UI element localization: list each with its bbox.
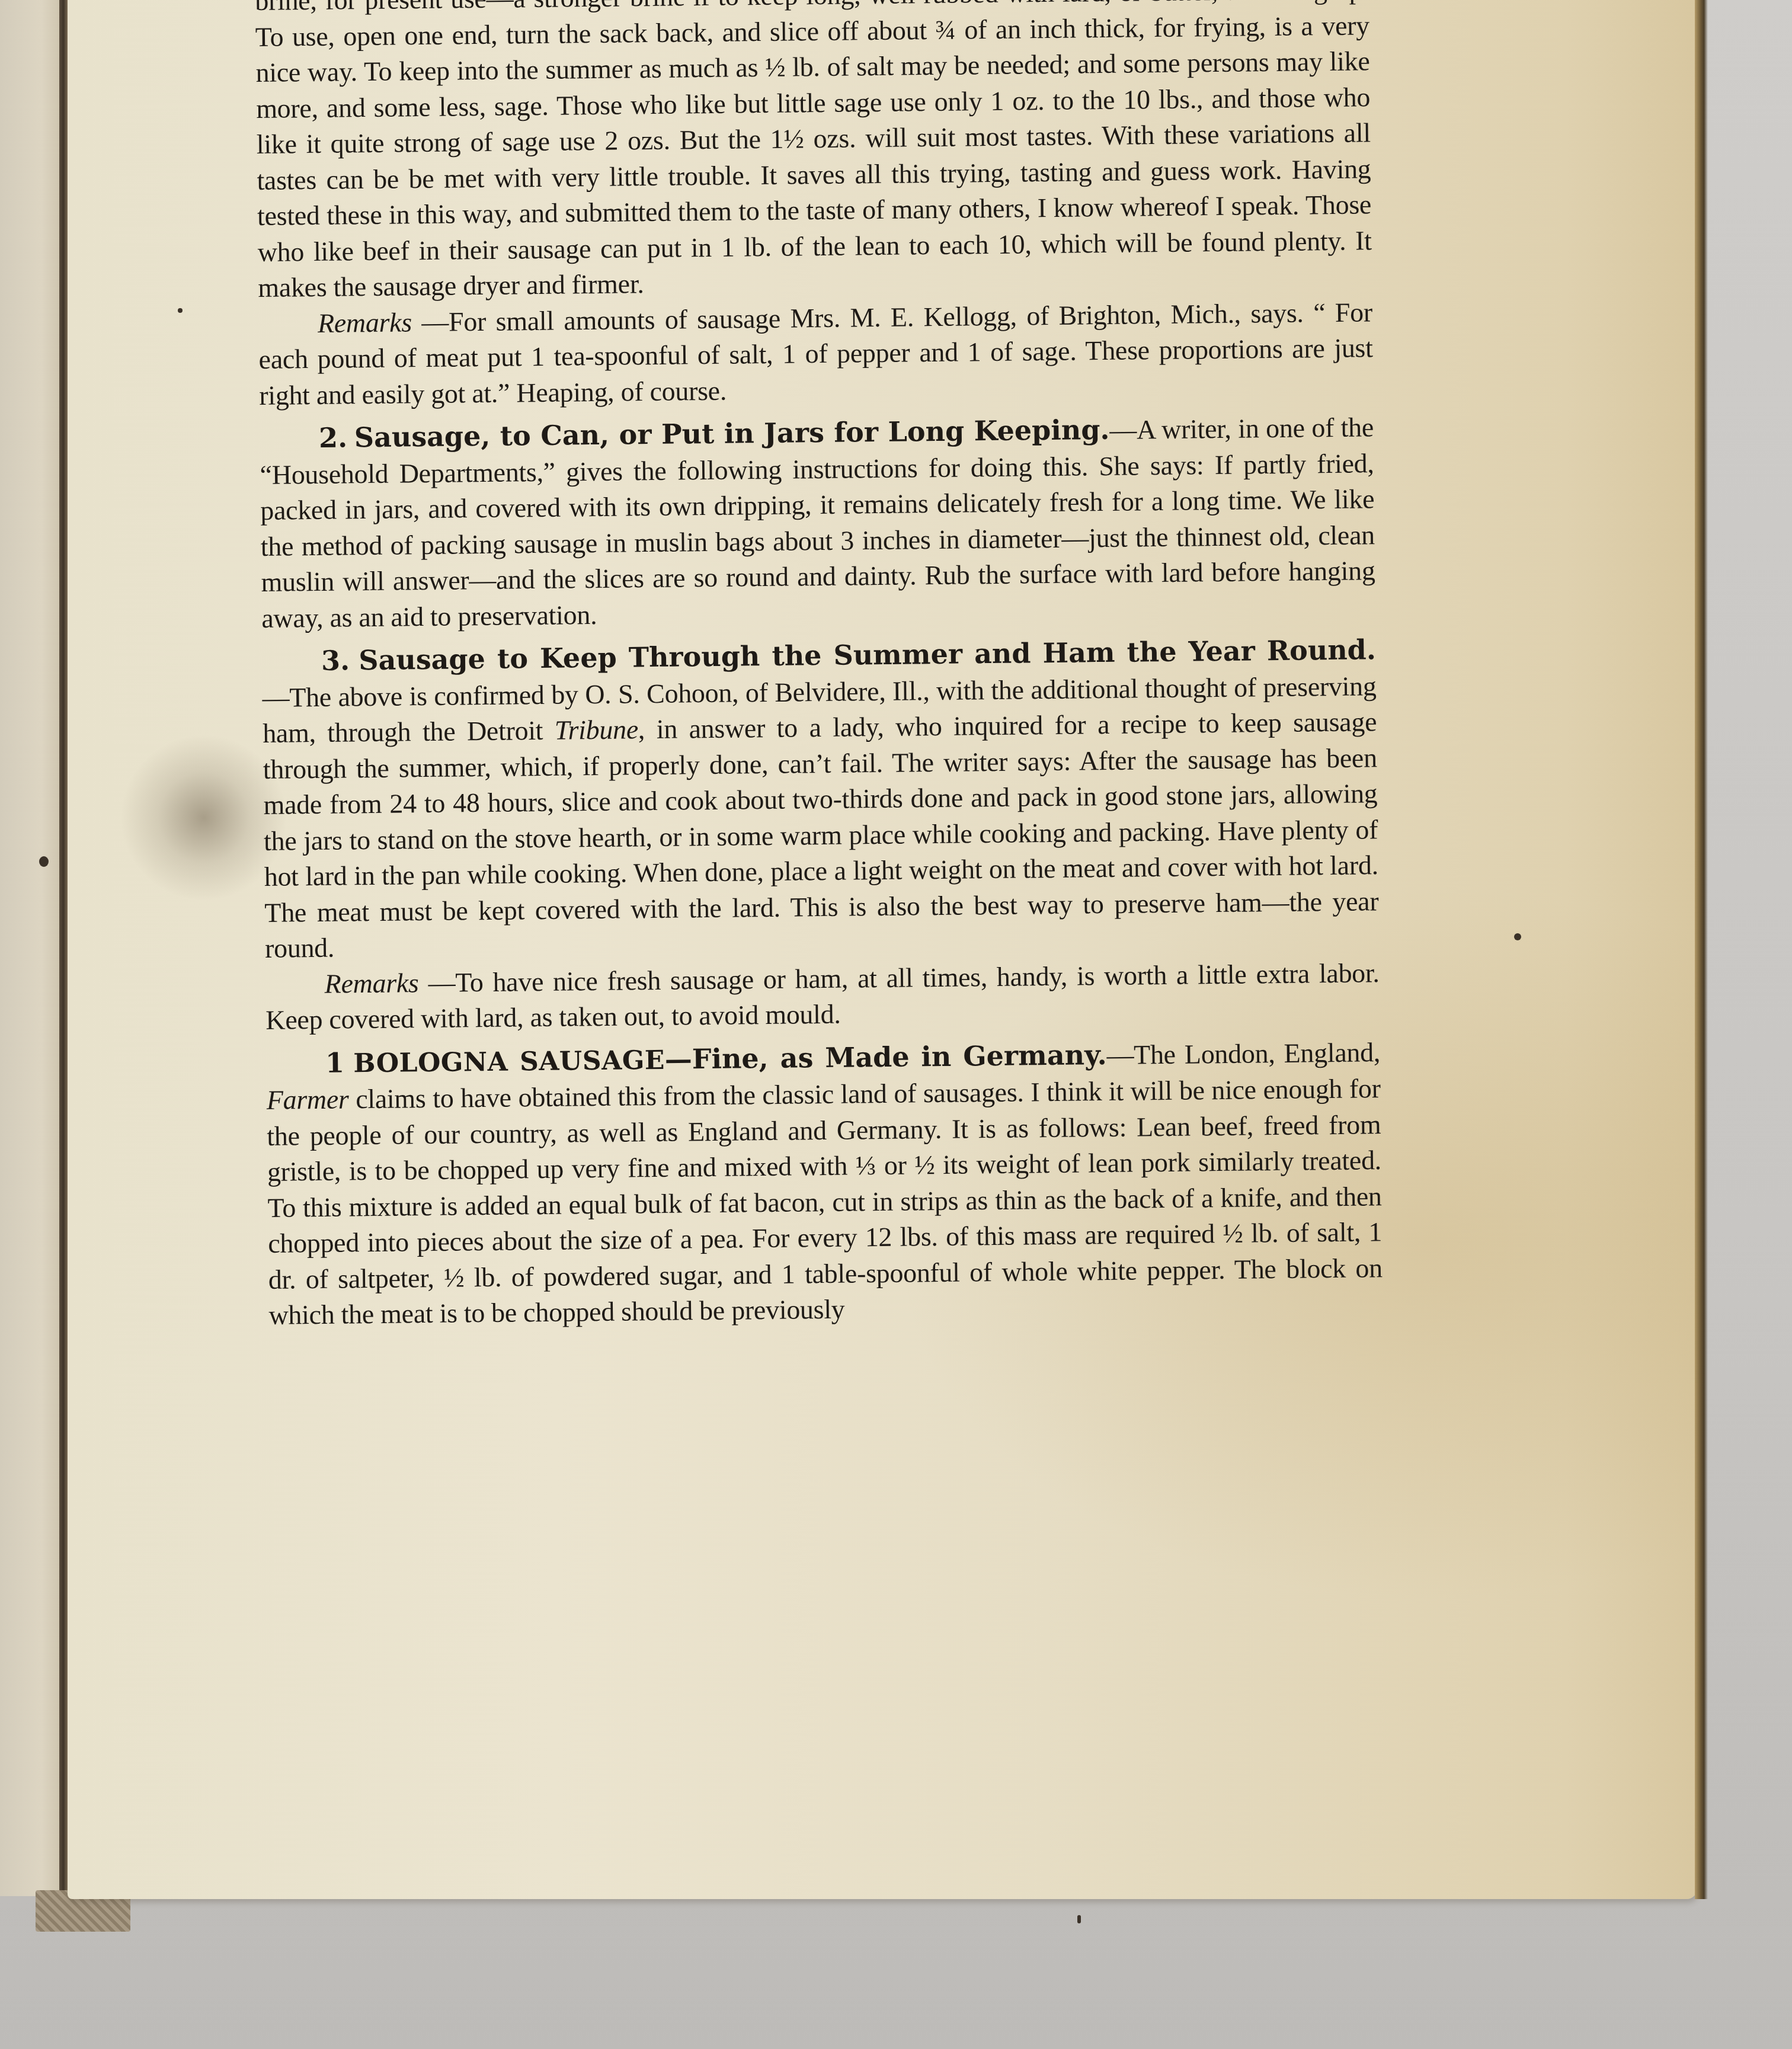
- recipe-3: 3. Sausage to Keep Through the Summer an…: [262, 632, 1380, 966]
- ink-speck: [1077, 1915, 1081, 1923]
- remarks-label: Remarks: [318, 307, 412, 338]
- paragraph-text: —For small amounts of sausage Mrs. M. E.…: [258, 297, 1372, 411]
- paragraph-text: —The London, England,: [1106, 1037, 1380, 1070]
- ink-speck: [1514, 933, 1521, 940]
- recipe-heading: Sausage to Keep Through the Summer and H…: [359, 633, 1376, 676]
- paragraph-remarks-1: Remarks —For small amounts of sausage Mr…: [258, 294, 1374, 414]
- newspaper-title: Tribune: [555, 714, 639, 745]
- page-edge: [1695, 0, 1708, 1899]
- paragraph-remarks-2: Remarks —To have nice fresh sausage or h…: [265, 955, 1380, 1039]
- book-gutter: [59, 0, 68, 1902]
- recipe-number: 2.: [319, 421, 348, 454]
- paragraph-text: —To have nice fresh sausage or ham, at a…: [265, 958, 1380, 1035]
- recipe-heading: Sausage, to Can, or Put in Jars for Long…: [354, 414, 1109, 453]
- ink-speck: [39, 856, 49, 867]
- recipe-number: 3.: [321, 644, 350, 677]
- paragraph-text: claims to have obtained this from the cl…: [267, 1073, 1383, 1330]
- page-text: brine, for present use—a stronger brine …: [255, 0, 1383, 1333]
- left-facing-page: [0, 0, 59, 1896]
- paragraph-continuation: brine, for present use—a stronger brine …: [255, 0, 1372, 306]
- recipe-number: 1: [325, 1046, 345, 1078]
- recipe-bologna: 1 BOLOGNA SAUSAGE—Fine, as Made in Germa…: [266, 1034, 1383, 1334]
- recipe-heading: —Fine, as Made in Germany.: [665, 1039, 1107, 1075]
- newspaper-title: Farmer: [266, 1084, 348, 1115]
- remarks-label: Remarks: [324, 968, 418, 999]
- paragraph-text: brine, for present use—a stronger brine …: [255, 0, 1372, 303]
- ink-speck: [178, 308, 183, 313]
- recipe-heading-caps: BOLOGNA SAUSAGE: [353, 1045, 665, 1078]
- recipe-2: 2. Sausage, to Can, or Put in Jars for L…: [260, 409, 1376, 636]
